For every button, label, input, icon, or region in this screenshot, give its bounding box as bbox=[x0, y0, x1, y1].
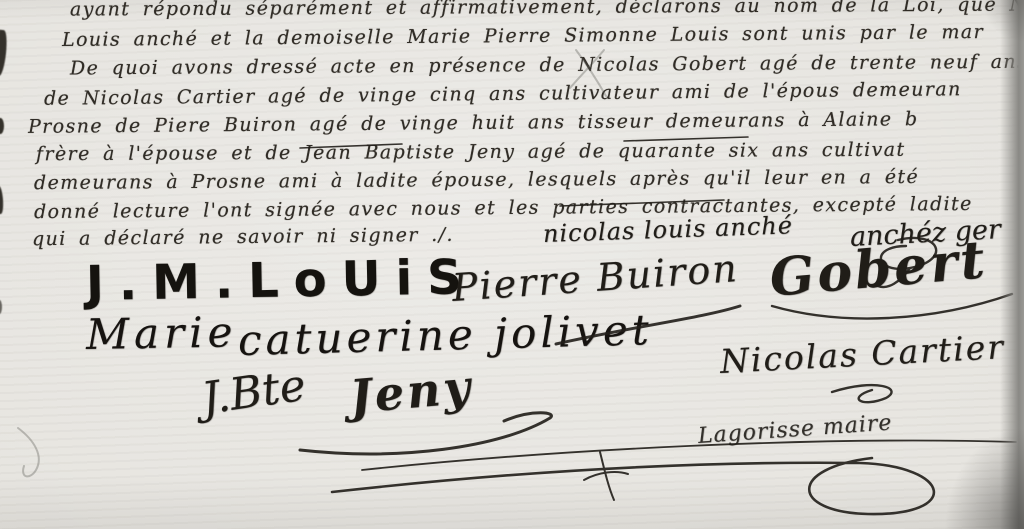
page-corner-shadow-top bbox=[964, 0, 1024, 60]
act-line-7: demeurans à Prosne ami à ladite épouse, … bbox=[34, 166, 919, 194]
signature-catherine-jolivet: catuerine jolivet bbox=[237, 305, 653, 365]
signature-nicolas-cartier: Nicolas Cartier bbox=[719, 327, 1006, 381]
signature-jm-louis: J.M.LoUiS bbox=[86, 249, 478, 312]
document-scan: ayant répondu séparément et affirmativem… bbox=[0, 0, 1024, 529]
signature-gobert: Gobert bbox=[767, 229, 989, 309]
act-line-8: donné lecture l'ont signée avec nous et … bbox=[34, 193, 973, 223]
act-line-3: De quoi avons dressé acte en présence de… bbox=[70, 51, 1024, 80]
signature-marie: Marie bbox=[86, 307, 238, 359]
signature-j-bte: J.Bte bbox=[198, 360, 308, 425]
act-line-1: ayant répondu séparément et affirmativem… bbox=[70, 0, 1024, 21]
scan-edge-ink-mark bbox=[0, 118, 4, 134]
act-line-6: frère à l'épouse et de Jean Baptiste Jen… bbox=[36, 139, 906, 166]
act-line-5: Prosne de Piere Buiron agé de vinge huit… bbox=[28, 108, 919, 138]
scan-edge-ink-mark bbox=[0, 30, 8, 77]
scan-edge-ink-mark bbox=[0, 300, 2, 314]
scan-edge-ink-mark bbox=[0, 186, 4, 214]
act-line-9: qui a déclaré ne savoir ni signer ./. bbox=[32, 224, 454, 250]
act-line-2: Louis anché et la demoiselle Marie Pierr… bbox=[62, 21, 984, 51]
act-line-4: de Nicolas Cartier agé de vinge cinq ans… bbox=[44, 78, 962, 110]
signature-pierre-buiron: Pierre Buiron bbox=[450, 246, 740, 310]
page-corner-shadow-bottom bbox=[914, 389, 1024, 529]
signature-maire: Lagorisse maire bbox=[697, 410, 893, 449]
signature-jeny: Jeny bbox=[348, 359, 475, 424]
